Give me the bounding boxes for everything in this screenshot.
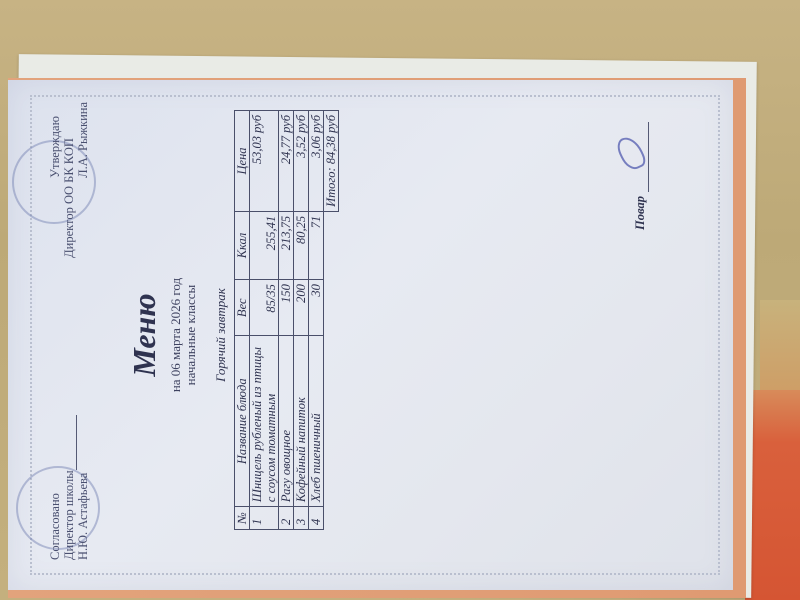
approver-name: Н.Ю. Астафьева: [76, 470, 90, 560]
col-price: Цена: [235, 111, 250, 212]
row-number: 4: [309, 507, 324, 530]
col-kcal: Ккал: [235, 211, 250, 279]
dish-price: 3,06 руб: [309, 111, 324, 212]
signature-icon: [614, 133, 648, 173]
approval-block-left: Согласовано Директор школы Н.Ю. Астафьев…: [48, 470, 90, 560]
dish-kcal: 80,25: [294, 211, 309, 279]
approval-block-right: Утверждаю Директор ОО БК КОП Л.А. Рыжкин…: [48, 102, 90, 258]
table-header-row: № Название блюда Вес Ккал Цена: [235, 111, 250, 530]
menu-date: на 06 марта 2026 год: [168, 80, 184, 590]
cook-label: Повар: [633, 196, 648, 230]
table-row: 2 Рагу овощное 150 213,75 24,77 руб: [279, 111, 294, 530]
dish-price: 53,03 руб: [250, 111, 279, 212]
dish-weight: 85/35: [250, 280, 279, 336]
approver-name: Л.А. Рыжкина: [76, 102, 90, 258]
page-title: Меню: [126, 80, 163, 590]
approval-label: Утверждаю: [48, 102, 62, 258]
col-name: Название блюда: [235, 336, 250, 507]
approval-label: Согласовано: [48, 470, 62, 560]
dish-name: Рагу овощное: [279, 336, 294, 507]
background-wall-red: [745, 390, 800, 600]
menu-page: Согласовано Директор школы Н.Ю. Астафьев…: [8, 80, 733, 590]
dish-kcal: 213,75: [279, 211, 294, 279]
table-row: 1 Шницель рубленый из птицы с соусом том…: [250, 111, 279, 530]
row-number: 1: [250, 507, 279, 530]
dish-price: 3,52 руб: [294, 111, 309, 212]
dish-kcal: 255,41: [250, 211, 279, 279]
menu-group: начальные классы: [183, 80, 199, 590]
meal-type: Горячий завтрак: [213, 80, 229, 590]
dish-weight: 200: [294, 280, 309, 336]
approver-position: Директор ОО БК КОП: [62, 102, 76, 258]
table-total-row: Итого: 84,38 руб: [324, 111, 339, 530]
menu-table: № Название блюда Вес Ккал Цена 1 Шницель…: [234, 110, 339, 530]
dish-name: Шницель рубленый из птицы с соусом томат…: [250, 336, 279, 507]
row-number: 3: [294, 507, 309, 530]
dish-name: Кофейный напиток: [294, 336, 309, 507]
table-row: 4 Хлеб пшеничный 30 71 3,06 руб: [309, 111, 324, 530]
dish-name: Хлеб пшеничный: [309, 336, 324, 507]
dish-price: 24,77 руб: [279, 111, 294, 212]
approver-position: Директор школы: [62, 470, 76, 560]
table-row: 3 Кофейный напиток 200 80,25 3,52 руб: [294, 111, 309, 530]
signature-line: [76, 415, 77, 470]
dish-weight: 30: [309, 280, 324, 336]
col-weight: Вес: [235, 280, 250, 336]
dish-kcal: 71: [309, 211, 324, 279]
row-number: 2: [279, 507, 294, 530]
dish-weight: 150: [279, 280, 294, 336]
total-price: Итого: 84,38 руб: [324, 111, 339, 212]
signature-line: [648, 122, 649, 192]
col-number: №: [235, 507, 250, 530]
